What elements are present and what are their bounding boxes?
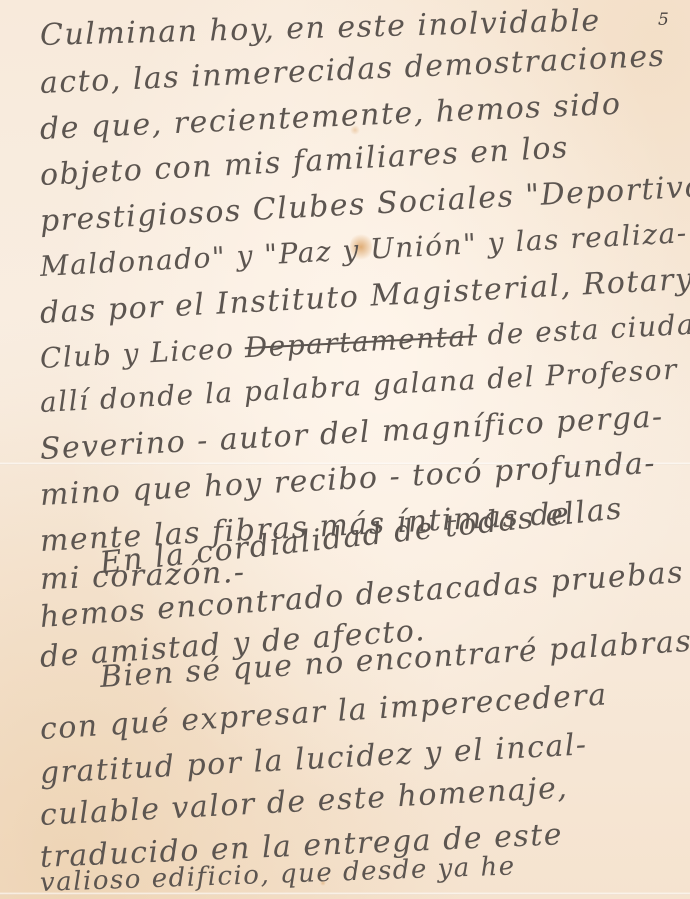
struck-word: Departamental [244, 319, 478, 364]
letter-page: 5 Culminan hoy, en este inolvidable acto… [0, 0, 690, 899]
page-number: 5 [658, 10, 669, 30]
text-segment: Club y Liceo [39, 332, 235, 375]
text-segment: de esta ciudad [486, 307, 690, 352]
